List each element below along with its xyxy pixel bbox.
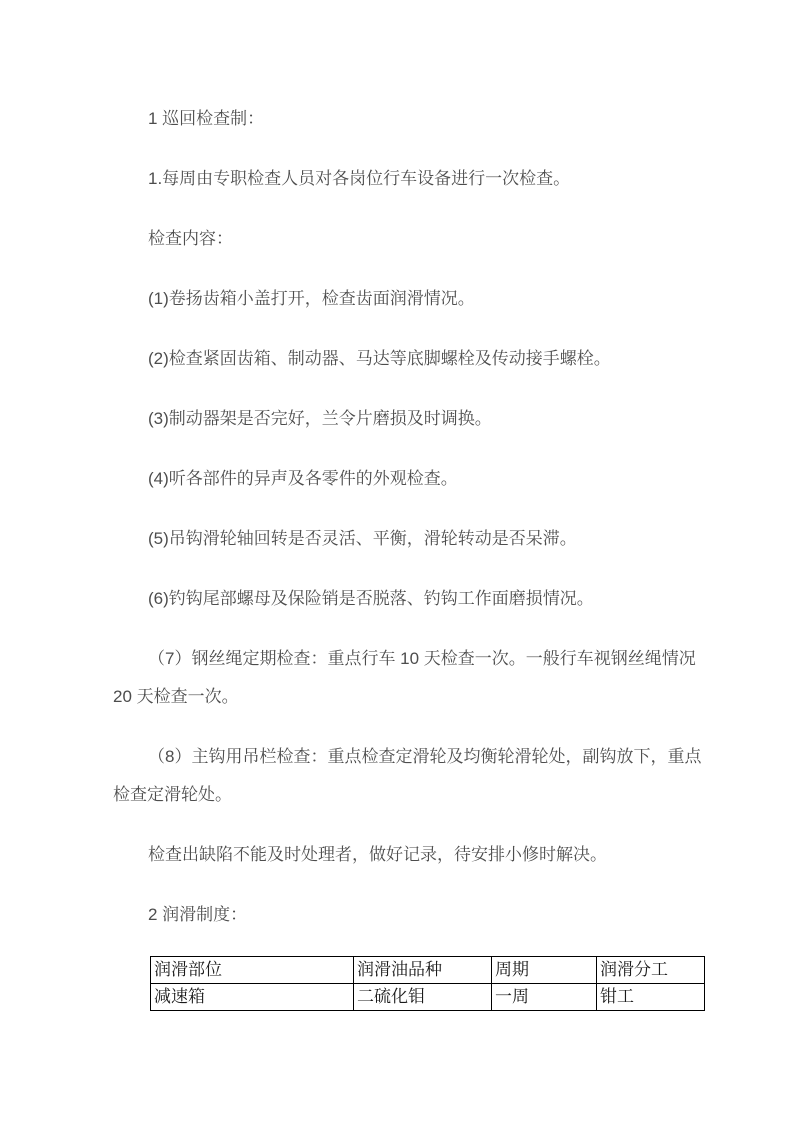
table-row: 减速箱 二硫化钼 一周 钳工 [151, 984, 705, 1011]
lubrication-table: 润滑部位 润滑油品种 周期 润滑分工 减速箱 二硫化钼 一周 钳工 [150, 956, 705, 1011]
table-header-cell-cycle: 周期 [492, 957, 597, 984]
table-header-cell-division: 润滑分工 [597, 957, 705, 984]
document-page: 1 巡回检查制： 1.每周由专职检查人员对各岗位行车设备进行一次检查。 检查内容… [0, 0, 793, 1122]
paragraph-item-8-main-hook: （8）主钩用吊栏检查：重点检查定滑轮及均衡轮滑轮处，副钩放下，重点 检查定滑轮处… [113, 738, 680, 814]
paragraph-line: （7）钢丝绳定期检查：重点行车 10 天检查一次。一般行车视钢丝绳情况 [113, 640, 680, 678]
table-cell-division: 钳工 [597, 984, 705, 1011]
paragraph-line: （8）主钩用吊栏检查：重点检查定滑轮及均衡轮滑轮处，副钩放下，重点 [113, 738, 680, 776]
paragraph-weekly-inspection: 1.每周由专职检查人员对各岗位行车设备进行一次检查。 [113, 160, 680, 198]
table-header-cell-oil-type: 润滑油品种 [354, 957, 492, 984]
heading-patrol-inspection-system: 1 巡回检查制： [113, 100, 680, 138]
paragraph-item-6: (6)钓钩尾部螺母及保险销是否脱落、钓钩工作面磨损情况。 [113, 580, 680, 618]
table-header-cell-part: 润滑部位 [151, 957, 354, 984]
paragraph-defect-record: 检查出缺陷不能及时处理者，做好记录，待安排小修时解决。 [113, 836, 680, 874]
heading-inspection-content: 检查内容： [113, 220, 680, 258]
paragraph-line: 检查定滑轮处。 [113, 776, 680, 814]
table-cell-oil-type: 二硫化钼 [354, 984, 492, 1011]
paragraph-item-1: (1)卷扬齿箱小盖打开，检查齿面润滑情况。 [113, 280, 680, 318]
table-cell-part: 减速箱 [151, 984, 354, 1011]
paragraph-item-3: (3)制动器架是否完好，兰令片磨损及时调换。 [113, 400, 680, 438]
paragraph-item-5: (5)吊钩滑轮轴回转是否灵活、平衡，滑轮转动是否呆滞。 [113, 520, 680, 558]
paragraph-item-7-wire-rope: （7）钢丝绳定期检查：重点行车 10 天检查一次。一般行车视钢丝绳情况 20 天… [113, 640, 680, 716]
paragraph-item-4: (4)听各部件的异声及各零件的外观检查。 [113, 460, 680, 498]
heading-lubrication-system: 2 润滑制度： [113, 896, 680, 934]
paragraph-item-2: (2)检查紧固齿箱、制动器、马达等底脚螺栓及传动接手螺栓。 [113, 340, 680, 378]
paragraph-line: 20 天检查一次。 [113, 678, 680, 716]
table-cell-cycle: 一周 [492, 984, 597, 1011]
document-content: 1 巡回检查制： 1.每周由专职检查人员对各岗位行车设备进行一次检查。 检查内容… [113, 100, 680, 1011]
table-header-row: 润滑部位 润滑油品种 周期 润滑分工 [151, 957, 705, 984]
